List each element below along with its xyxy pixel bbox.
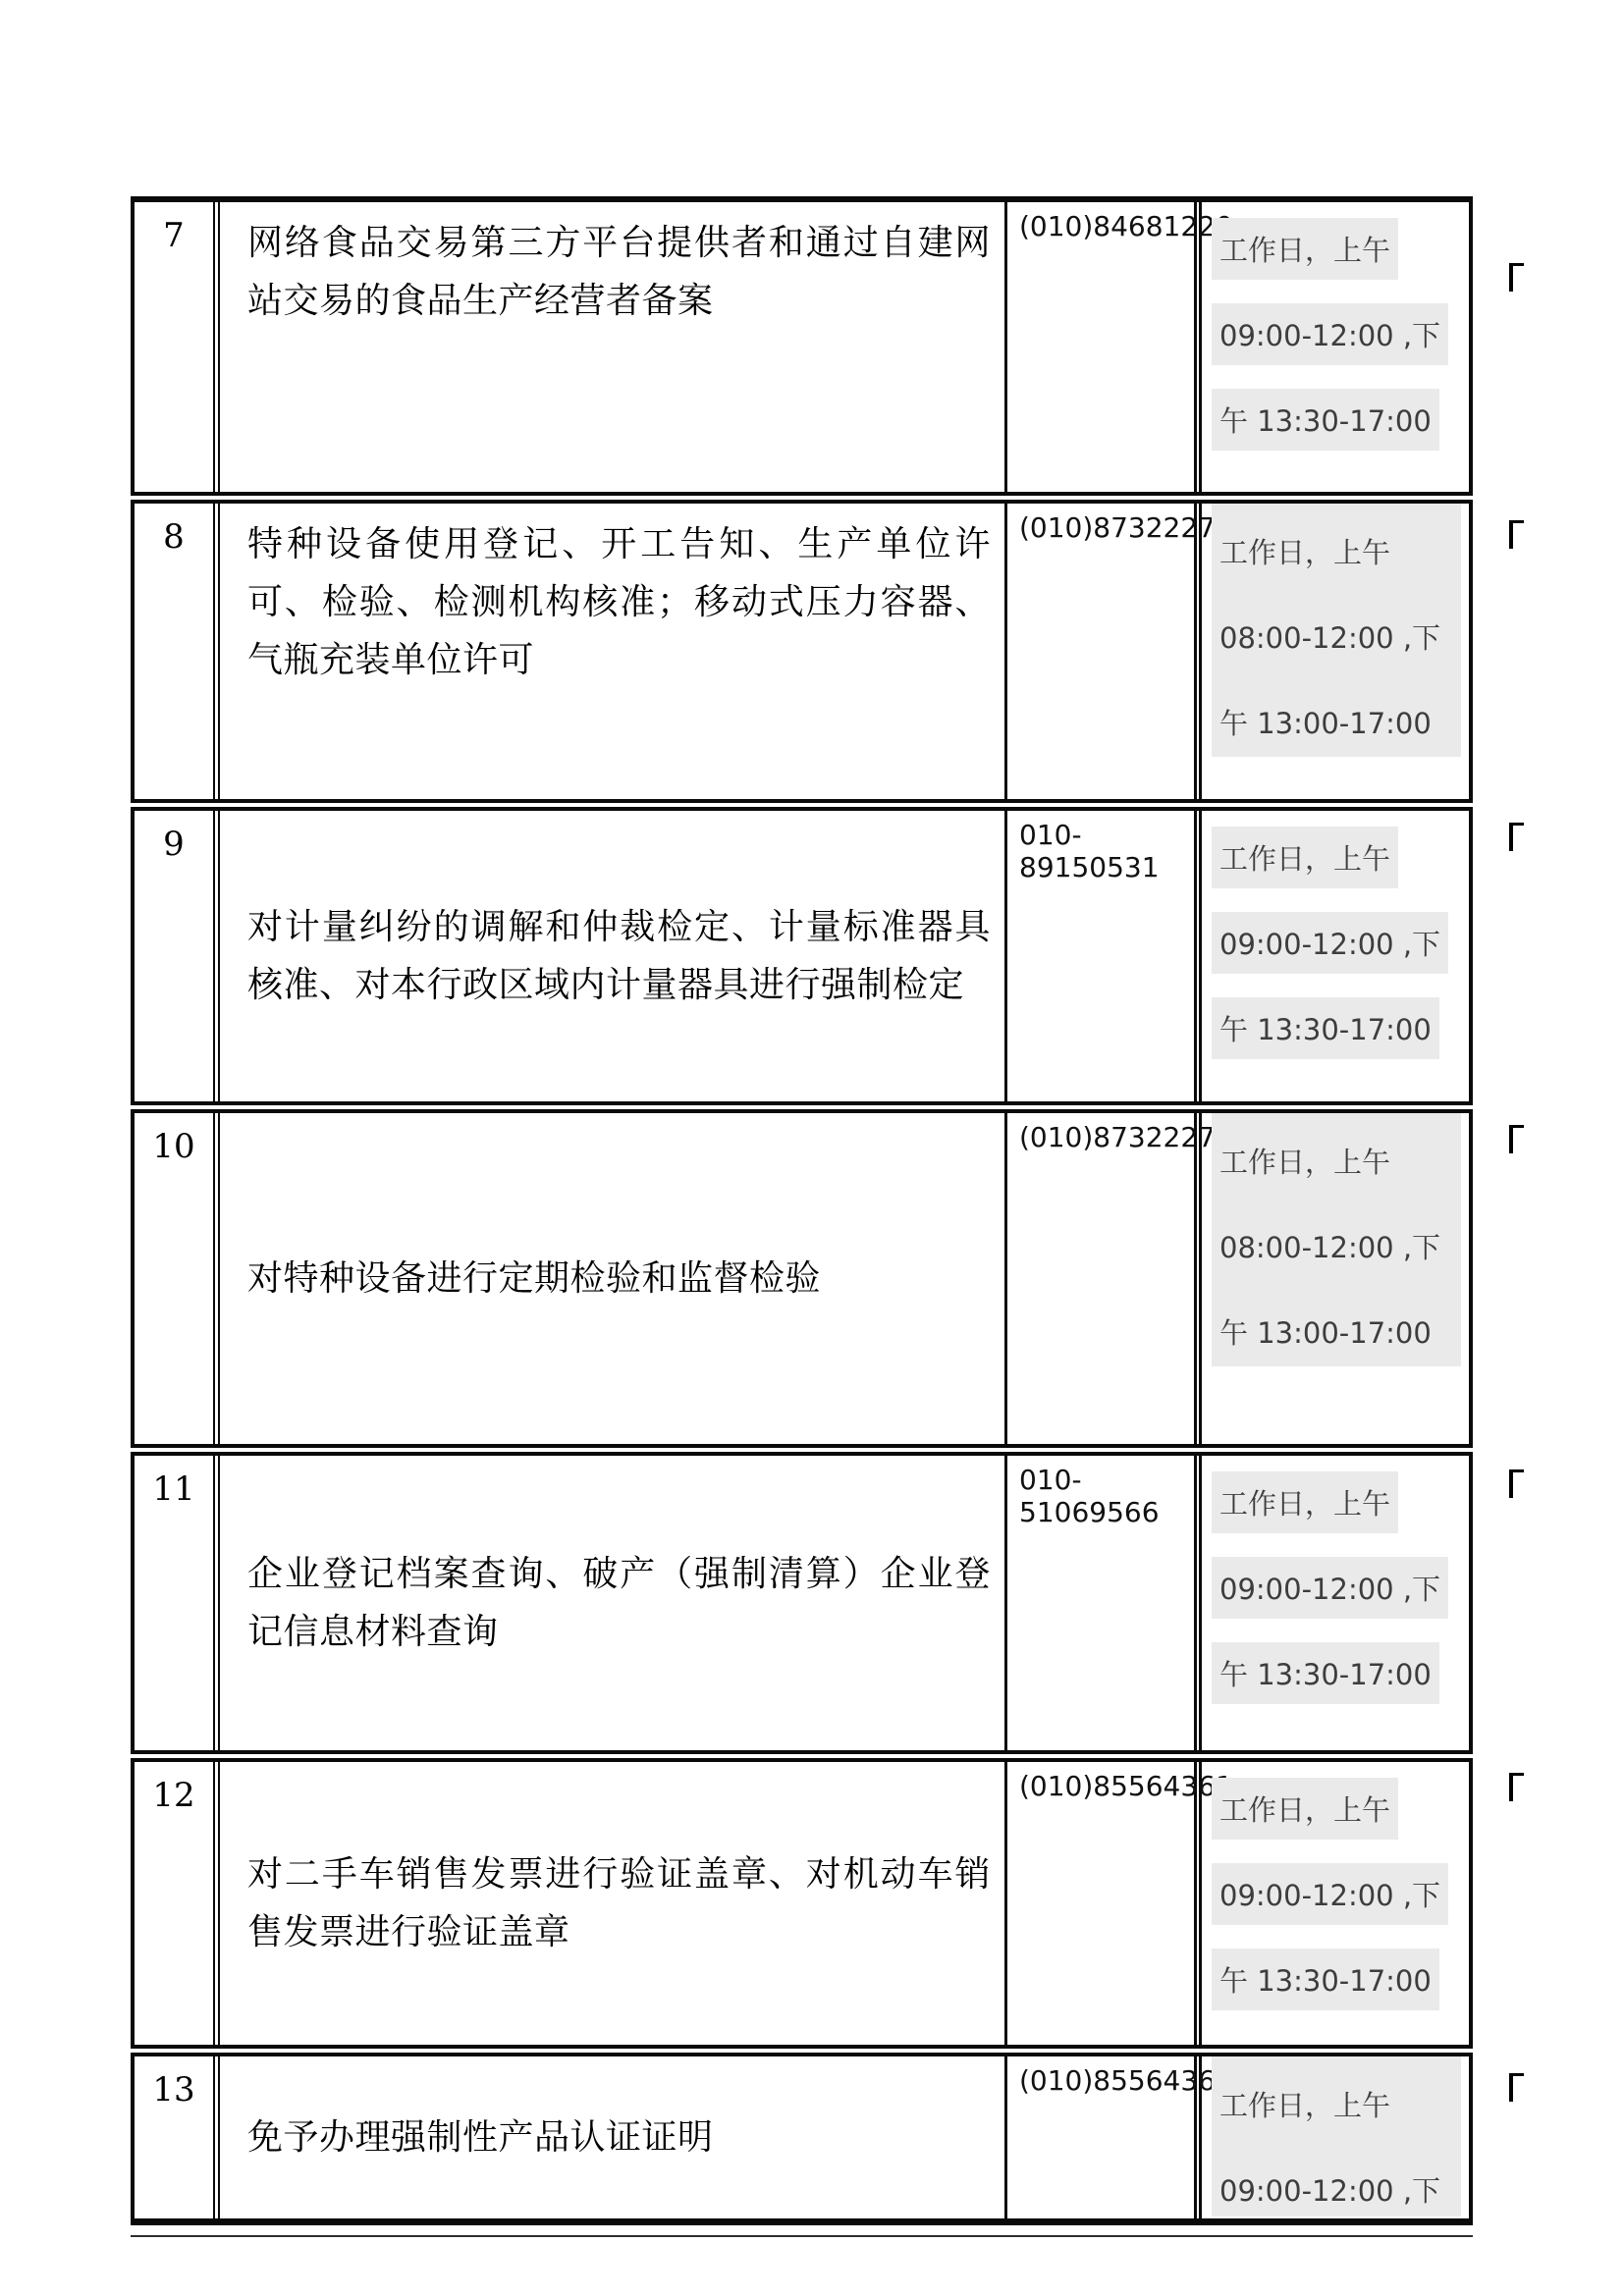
table-row: 10 对特种设备进行定期检验和监督检验 (010)87322275 工作日，上午… [131, 1109, 1473, 1448]
service-description-cell: 网络食品交易第三方平台提供者和通过自建网站交易的食品生产经营者备案 [220, 202, 1007, 492]
service-description-cell: 特种设备使用登记、开工告知、生产单位许可、检验、检测机构核准；移动式压力容器、气… [220, 504, 1007, 799]
phone-number: (010)85564361 [1007, 2056, 1202, 2218]
clipped-glyph-fragment [1509, 520, 1524, 549]
office-hours-cell: 工作日，上午 09:00-12:00 ,下 午 13:30-17:00 [1202, 811, 1469, 1101]
service-description: 对特种设备进行定期检验和监督检验 [247, 1250, 991, 1308]
office-hours-cell: 工作日，上午 09:00-12:00 ,下 午 13:30-17:00 [1202, 202, 1469, 492]
office-hours-cell: 工作日，上午 09:00-12:00 ,下 午 13:30-17:00 [1202, 1762, 1469, 2045]
table-row: 7 网络食品交易第三方平台提供者和通过自建网站交易的食品生产经营者备案 (010… [131, 196, 1473, 496]
phone-number: 010-51069566 [1007, 1456, 1202, 1750]
table-row: 11 企业登记档案查询、破产（强制清算）企业登记信息材料查询 010-51069… [131, 1452, 1473, 1754]
phone-number: (010)85564361 [1007, 1762, 1202, 2045]
office-hours-line: 午 13:00-17:00 [1212, 1311, 1439, 1352]
office-hours-line: 09:00-12:00 ,下 [1212, 1557, 1448, 1619]
row-number: 8 [135, 504, 220, 799]
office-hours-cell: 工作日，上午 09:00-12:00 ,下 午 13:30-17:00 [1202, 1456, 1469, 1750]
table-row: 9 对计量纠纷的调解和仲裁检定、计量标准器具核准、对本行政区域内计量器具进行强制… [131, 807, 1473, 1105]
clipped-glyph-fragment [1509, 1125, 1524, 1153]
service-description-cell: 对计量纠纷的调解和仲裁检定、计量标准器具核准、对本行政区域内计量器具进行强制检定 [220, 811, 1007, 1101]
phone-number: (010)87322275 [1007, 504, 1202, 799]
office-hours-line: 午 13:30-17:00 [1212, 997, 1439, 1059]
row-number: 7 [135, 202, 220, 492]
office-hours-line: 工作日，上午 [1212, 827, 1398, 888]
office-hours-line: 工作日，上午 [1212, 1471, 1398, 1533]
phone-number: 010-89150531 [1007, 811, 1202, 1101]
page-cut-line [131, 2235, 1473, 2237]
service-description-cell: 对特种设备进行定期检验和监督检验 [220, 1113, 1007, 1444]
phone-number: (010)87322275 [1007, 1113, 1202, 1444]
row-number: 11 [135, 1456, 220, 1750]
clipped-glyph-fragment [1509, 1469, 1524, 1498]
office-hours-line: 午 13:30-17:00 [1212, 1642, 1439, 1704]
office-hours-line: 09:00-12:00 ,下 [1212, 912, 1448, 974]
office-hours-line: 09:00-12:00 ,下 [1212, 1863, 1448, 1925]
office-hours-line: 工作日，上午 [1212, 531, 1398, 571]
office-hours-line: 午 13:30-17:00 [1212, 1949, 1439, 2010]
office-hours-line: 09:00-12:00 ,下 [1212, 303, 1448, 365]
row-number: 9 [135, 811, 220, 1101]
office-hours-cell: 工作日，上午 08:00-12:00 ,下 午 13:00-17:00 [1202, 504, 1469, 799]
service-description: 网络食品交易第三方平台提供者和通过自建网站交易的食品生产经营者备案 [247, 214, 991, 330]
service-description: 企业登记档案查询、破产（强制清算）企业登记信息材料查询 [247, 1545, 991, 1661]
service-description: 对二手车销售发票进行验证盖章、对机动车销售发票进行验证盖章 [247, 1845, 991, 1961]
office-hours-line: 09:00-12:00 ,下 [1212, 2169, 1448, 2210]
office-hours-line: 午 13:30-17:00 [1212, 389, 1439, 451]
office-hours-line: 午 13:00-17:00 [1212, 702, 1439, 742]
service-description: 特种设备使用登记、开工告知、生产单位许可、检验、检测机构核准；移动式压力容器、气… [247, 515, 991, 689]
service-description-cell: 对二手车销售发票进行验证盖章、对机动车销售发票进行验证盖章 [220, 1762, 1007, 2045]
office-hours-line: 08:00-12:00 ,下 [1212, 616, 1448, 657]
table-row: 12 对二手车销售发票进行验证盖章、对机动车销售发票进行验证盖章 (010)85… [131, 1758, 1473, 2049]
office-hours-cell: 工作日，上午 09:00-12:00 ,下 [1202, 2056, 1469, 2218]
clipped-glyph-fragment [1509, 263, 1524, 292]
table-row: 8 特种设备使用登记、开工告知、生产单位许可、检验、检测机构核准；移动式压力容器… [131, 500, 1473, 803]
office-hours-line: 工作日，上午 [1212, 1778, 1398, 1840]
office-hours-line: 工作日，上午 [1212, 2084, 1398, 2124]
service-description: 免予办理强制性产品认证证明 [247, 2109, 991, 2166]
office-hours-line: 工作日，上午 [1212, 218, 1398, 280]
service-description-cell: 企业登记档案查询、破产（强制清算）企业登记信息材料查询 [220, 1456, 1007, 1750]
office-hours-line: 08:00-12:00 ,下 [1212, 1226, 1448, 1266]
office-hours-line: 工作日，上午 [1212, 1141, 1398, 1181]
row-number: 10 [135, 1113, 220, 1444]
service-description: 对计量纠纷的调解和仲裁检定、计量标准器具核准、对本行政区域内计量器具进行强制检定 [247, 898, 991, 1014]
services-table: 7 网络食品交易第三方平台提供者和通过自建网站交易的食品生产经营者备案 (010… [131, 196, 1473, 2225]
clipped-glyph-fragment [1509, 1773, 1524, 1801]
table-row: 13 免予办理强制性产品认证证明 (010)85564361 工作日，上午 09… [131, 2053, 1473, 2225]
clipped-glyph-fragment [1509, 823, 1524, 851]
service-description-cell: 免予办理强制性产品认证证明 [220, 2056, 1007, 2218]
phone-number: (010)84681220 [1007, 202, 1202, 492]
row-number: 13 [135, 2056, 220, 2218]
row-number: 12 [135, 1762, 220, 2045]
clipped-glyph-fragment [1509, 2073, 1524, 2102]
office-hours-cell: 工作日，上午 08:00-12:00 ,下 午 13:00-17:00 [1202, 1113, 1469, 1444]
